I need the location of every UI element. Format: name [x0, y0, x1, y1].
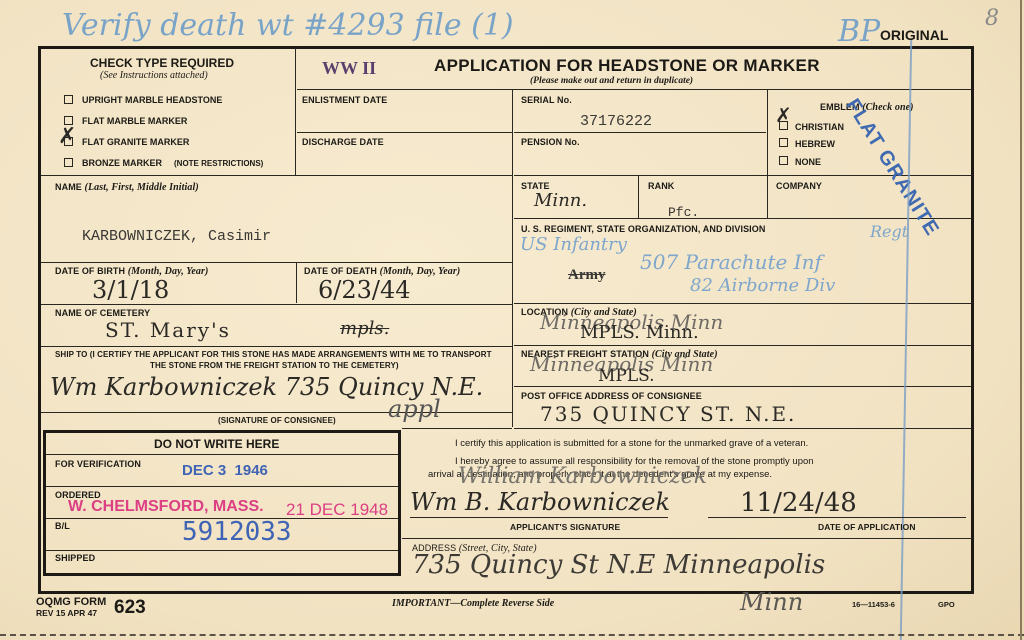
- consignee-signature-label: (SIGNATURE OF CONSIGNEE): [218, 416, 336, 425]
- ship-to-label-1: SHIP TO (I CERTIFY THE APPLICANT FOR THI…: [55, 350, 492, 359]
- enlistment-date-label: ENLISTMENT DATE: [302, 95, 387, 105]
- divider: [297, 89, 972, 90]
- regiment-handwritten-3: 82 Airborne Div: [690, 275, 835, 296]
- consignee-address-label: POST OFFICE ADDRESS OF CONSIGNEE: [521, 391, 702, 401]
- bl-label: B/L: [55, 521, 70, 531]
- cemetery-label: NAME OF CEMETERY: [55, 308, 150, 318]
- divider: [41, 175, 512, 176]
- divider: [410, 517, 668, 518]
- regiment-handwritten-2: 507 Parachute Inf: [640, 250, 822, 274]
- ordered-date-stamp: 21 DEC 1948: [286, 500, 388, 520]
- form-rev: REV 15 APR 47: [36, 608, 97, 618]
- regiment-label: U. S. REGIMENT, STATE ORGANIZATION, AND …: [521, 224, 765, 234]
- signature-overlay: William Karbowniczek: [458, 464, 707, 489]
- applicant-signature: Wm B. Karbowniczek: [410, 488, 670, 516]
- rank-value: Pfc.: [668, 205, 699, 220]
- divider: [708, 517, 966, 518]
- verification-stamp: DEC 3 1946: [182, 462, 268, 479]
- check-type-subheading: (See Instructions attached): [100, 70, 208, 81]
- regiment-handwritten-1: US Infantry: [520, 234, 627, 255]
- ship-to-note: appl: [388, 395, 441, 423]
- check-mark-icon: ✗: [58, 124, 76, 149]
- checkbox-bronze[interactable]: [64, 158, 73, 167]
- regiment-typed: Army: [568, 267, 606, 284]
- verification-label: FOR VERIFICATION: [55, 459, 141, 469]
- divider: [514, 132, 766, 133]
- divider: [514, 218, 972, 219]
- emblem-option-label: CHRISTIAN: [795, 122, 844, 132]
- divider: [767, 90, 768, 219]
- divider: [46, 550, 398, 551]
- page-subtitle: (Please make out and return in duplicate…: [530, 76, 693, 86]
- form-name: OQMG FORM: [36, 596, 106, 608]
- ww-stamp: WW II: [322, 58, 376, 79]
- divider: [514, 345, 972, 346]
- consignee-address-value: 735 QUINCY ST. N.E.: [540, 402, 796, 426]
- check-mark-icon: ✗: [775, 103, 792, 127]
- checkbox-none[interactable]: [779, 156, 788, 165]
- divider: [295, 48, 296, 175]
- checkbox-hebrew[interactable]: [779, 138, 788, 147]
- state-value: Minn.: [534, 190, 587, 211]
- freight-station-value: MPLS.: [598, 366, 655, 386]
- perforation-edge: [0, 634, 1024, 636]
- original-label: ORIGINAL: [880, 27, 948, 43]
- divider: [512, 90, 513, 427]
- divider: [41, 304, 512, 305]
- ordered-stamp: W. CHELMSFORD, MASS.: [68, 498, 264, 516]
- discharge-date-label: DISCHARGE DATE: [302, 137, 384, 147]
- cemetery-value: ST. Mary's: [105, 318, 231, 342]
- ship-to-label-2: THE STONE FROM THE FREIGHT STATION TO TH…: [150, 361, 399, 370]
- pension-no-label: PENSION No.: [521, 137, 580, 147]
- option-label: FLAT MARBLE MARKER: [82, 116, 187, 126]
- divider: [297, 132, 512, 133]
- divider: [41, 346, 512, 347]
- name-label: NAME (Last, First, Middle Initial): [55, 182, 199, 193]
- divider: [402, 428, 512, 429]
- application-date-value: 11/24/48: [740, 488, 857, 518]
- corner-note: 8: [985, 6, 999, 31]
- divider: [638, 176, 639, 219]
- divider: [46, 454, 398, 455]
- application-date-label: DATE OF APPLICATION: [818, 522, 916, 532]
- top-initials: BP: [838, 14, 880, 49]
- paper-edge: [1020, 0, 1022, 640]
- cemetery-struck: mpls.: [340, 318, 389, 339]
- check-type-heading: CHECK TYPE REQUIRED: [90, 56, 234, 70]
- shipped-label: SHIPPED: [55, 553, 95, 563]
- serial-no-value: 37176222: [580, 113, 652, 130]
- important-note: IMPORTANT—Complete Reverse Side: [392, 598, 554, 609]
- date-of-birth-value: 3/1/18: [92, 276, 169, 304]
- form-number: 623: [114, 597, 146, 619]
- divider: [402, 538, 972, 539]
- divider: [41, 262, 512, 263]
- option-note: (NOTE RESTRICTIONS): [174, 159, 263, 168]
- office-use-heading: DO NOT WRITE HERE: [154, 437, 279, 451]
- emblem-option-label: NONE: [795, 157, 821, 167]
- address-value: 735 Quincy St N.E Minneapolis: [412, 550, 825, 580]
- option-label: UPRIGHT MARBLE HEADSTONE: [82, 95, 222, 105]
- address-value-2: Minn: [740, 588, 803, 616]
- print-code: 16—11453-6: [852, 600, 895, 609]
- regiment-handwritten-regt: Regt: [870, 222, 908, 241]
- serial-no-label: SERIAL No.: [521, 95, 572, 105]
- location-value: MPLS. Minn.: [580, 322, 699, 343]
- page-title: APPLICATION FOR HEADSTONE OR MARKER: [434, 56, 820, 76]
- name-value: KARBOWNICZEK, Casimir: [82, 228, 271, 245]
- option-label: BRONZE MARKER: [82, 158, 162, 168]
- date-of-death-value: 6/23/44: [318, 276, 411, 304]
- rank-label: RANK: [648, 181, 674, 191]
- divider: [514, 303, 972, 304]
- option-label: FLAT GRANITE MARKER: [82, 137, 189, 147]
- emblem-option-label: HEBREW: [795, 139, 835, 149]
- applicant-signature-label: APPLICANT'S SIGNATURE: [510, 522, 620, 532]
- gpo-label: GPO: [938, 600, 955, 609]
- divider: [41, 412, 512, 413]
- top-annotation: Verify death wt #4293 file (1): [62, 8, 514, 43]
- divider: [296, 263, 297, 303]
- bl-value: 5912033: [182, 517, 292, 547]
- certification-line-1: I certify this application is submitted …: [455, 438, 808, 449]
- divider: [46, 486, 398, 487]
- checkbox-upright-marble[interactable]: [64, 95, 73, 104]
- company-label: COMPANY: [776, 181, 822, 191]
